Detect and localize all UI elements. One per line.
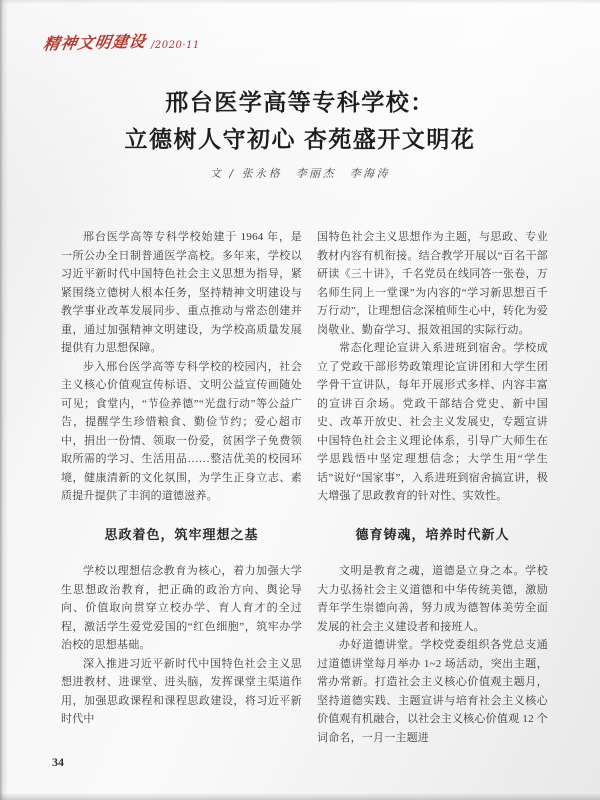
right-column: 国特色社会主义思想作为主题，与思政、专业教材内容有机衔接。结合教学开展以“百名干… [317, 228, 548, 747]
paragraph-campus-scene: 步入邢台医学高等专科学校的校园内，社会主义核心价值观宣传标语、文明公益宣传画随处… [61, 358, 302, 506]
paragraph-morality-lecture: 办好道德讲堂。学校党委组织各党总支通过道德讲堂每月举办 1~2 场活动，突出主题… [317, 636, 548, 747]
issue-number: /2020·11 [151, 40, 200, 51]
page-bottom-edge-shadow [0, 793, 600, 800]
page-number: 34 [52, 755, 64, 770]
page-top-edge-shadow [0, 0, 600, 4]
article-title-line2: 立德树人守初心 杏苑盛开文明花 [0, 121, 600, 158]
masthead: 精神文明建设/2020·11 [44, 30, 200, 53]
article-title-line1: 邢台医学高等专科学校： [0, 84, 600, 121]
magazine-page: 精神文明建设/2020·11 邢台医学高等专科学校： 立德树人守初心 杏苑盛开文… [0, 0, 600, 800]
paragraph-intro: 邢台医学高等专科学校始建于 1964 年，是一所公办全日制普通医学高校。多年来，… [61, 228, 302, 358]
section-heading-sizheng: 思政着色，筑牢理想之基 [61, 526, 302, 545]
left-column: 邢台医学高等专科学校始建于 1964 年，是一所公办全日制普通医学高校。多年来，… [61, 228, 302, 729]
magazine-logo-calligraphy: 精神文明建设 [42, 29, 148, 55]
paragraph-morality: 文明是教育之魂，道德是立身之本。学校大力弘扬社会主义道德和中华传统美德，激励青年… [317, 562, 548, 636]
byline: 文 / 张永格 李丽杰 李海涛 [0, 165, 600, 181]
paragraph-ideal-education: 学校以理想信念教育为核心，着力加强大学生思想政治教育，把正确的政治方向、舆论导向… [61, 562, 302, 655]
paragraph-curriculum: 深入推进习近平新时代中国特色社会主义思想进教材、进课堂、进头脑，发挥课堂主渠道作… [61, 655, 302, 729]
article-title: 邢台医学高等专科学校： 立德树人守初心 杏苑盛开文明花 [0, 84, 600, 158]
section-heading-deyu: 德育铸魂，培养时代新人 [317, 526, 548, 545]
paragraph-curriculum-continued: 国特色社会主义思想作为主题，与思政、专业教材内容有机衔接。结合教学开展以“百名干… [317, 228, 548, 339]
paragraph-theory-preaching: 常态化理论宣讲入系进班到宿舍。学校成立了党政干部形势政策理论宣讲团和大学生团学骨… [317, 339, 548, 506]
